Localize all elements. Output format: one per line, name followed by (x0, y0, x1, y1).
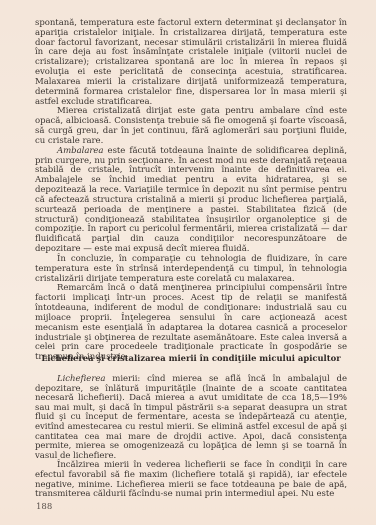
paragraph-text: mierii: cînd mierea se află încă în amba… (35, 374, 347, 461)
paragraph: În concluzie, în comparaţie cu tehnologi… (35, 255, 347, 284)
section-cristalizare-text: spontană, temperatura este factorul exte… (35, 19, 347, 363)
section-heading: Lichefierea şi cristalizarea mierii în c… (35, 353, 347, 363)
paragraph: Lichefierea mierii: cînd mierea se află … (35, 375, 347, 461)
italic-term: Ambalarea (57, 146, 103, 156)
section-lichefiere-text: Lichefierea mierii: cînd mierea se află … (35, 375, 347, 500)
paragraph: spontană, temperatura este factorul exte… (35, 19, 347, 107)
page-number: 188 (36, 502, 52, 512)
paragraph: Ambalarea este făcută totdeauna înainte … (35, 147, 347, 255)
book-page: spontană, temperatura este factorul exte… (0, 0, 376, 525)
paragraph: Încălzirea mierii în vederea lichefierii… (35, 461, 347, 499)
paragraph-text: este făcută totdeauna înainte de solidif… (35, 146, 347, 254)
italic-term: Lichefierea (57, 374, 105, 384)
paragraph: Remarcăm încă o dată menţinerea principi… (35, 284, 347, 363)
paragraph: Mierea cristalizată dirijat este gata pe… (35, 107, 347, 146)
